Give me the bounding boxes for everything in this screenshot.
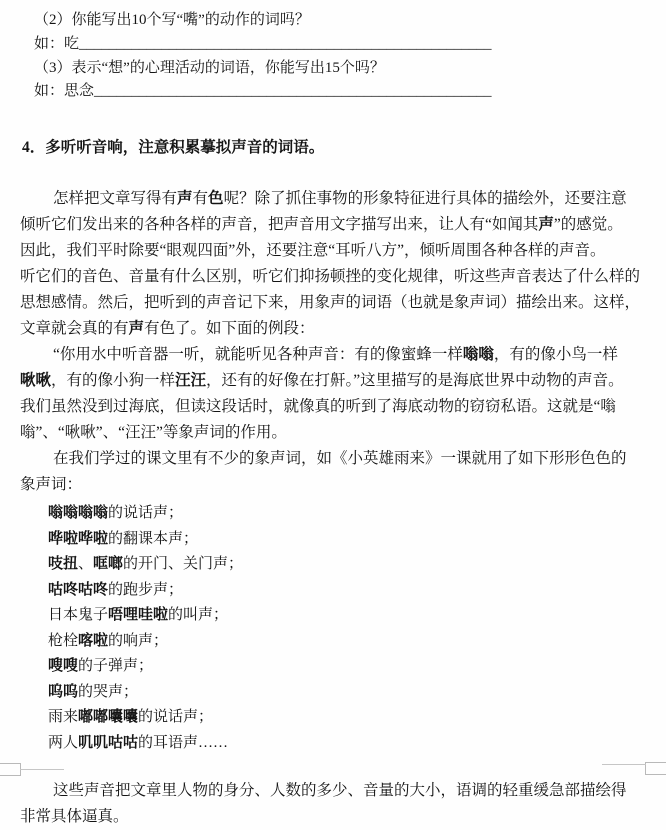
text-segment: 非常具体逼真。 (20, 808, 129, 825)
text-segment: ________________________________________… (94, 83, 492, 99)
bold-text-segment: 啾啾 (20, 372, 51, 389)
text-line: 两人叽叽咕咕的耳语声…… (48, 731, 666, 757)
text-segment: ，有的像小狗一样 (51, 372, 175, 389)
document-page: （2）你能写出10个写“嘴”的动作的词吗？如：吃________________… (0, 0, 666, 830)
bold-text-segment: 唔哩哇啦 (108, 607, 168, 623)
bold-text-segment: 嗡嗡 (463, 346, 494, 363)
bold-text-segment: 嘟嘟囔囔 (78, 709, 138, 725)
text-segment: 我们虽然没到过海底，但读这段话时，就像真的听到了海底动物的窃窃私语。这就是“嗡 (20, 398, 616, 415)
text-segment: 文章就会真的有 (20, 320, 129, 337)
text-line: 文章就会真的有声有色了。如下面的例段： (20, 316, 644, 342)
text-segment: 的说话声； (108, 505, 183, 521)
text-line: 日本鬼子唔哩哇啦的叫声； (48, 603, 666, 629)
text-segment: 枪栓 (48, 633, 78, 649)
text-segment: 思想感情。然后，把听到的声音记下来，用象声的词语（也就是象声词）描绘出来。这样， (20, 294, 640, 311)
text-segment: 听它们的音色、音量有什么区别，听它们抑扬顿挫的变化规律，听这些声音表达了什么样的 (20, 268, 640, 285)
text-segment: 的哭声； (78, 684, 138, 700)
paragraph-course-reference: 在我们学过的课文里有不少的象声词，如《小英雄雨来》一课就用了如下形形色色的象声词… (20, 446, 644, 498)
section-heading: 4．多听听音响，注意积累摹拟声音的词语。 (22, 136, 666, 160)
text-line: 雨来嘟嘟囔囔的说话声； (48, 705, 666, 731)
bold-text-segment: 叽叽咕咕 (78, 735, 138, 751)
text-line: 如：思念____________________________________… (34, 80, 666, 104)
text-segment: 的响声； (108, 633, 168, 649)
text-boundary-line-right (602, 764, 646, 765)
paragraph-closing: 这些声音把文章里人物的身分、人数的多少、音量的大小，语调的轻重缓急部描绘得非常具… (20, 778, 644, 830)
text-line: 在我们学过的课文里有不少的象声词，如《小英雄雨来》一课就用了如下形形色色的 (20, 446, 644, 472)
exercise-questions: （2）你能写出10个写“嘴”的动作的词吗？如：吃________________… (34, 0, 666, 104)
paragraph-example: “你用水中听音器一听，就能听见各种声音：有的像蜜蜂一样嗡嗡，有的像小鸟一样啾啾，… (20, 342, 644, 446)
text-segment: 在我们学过的课文里有不少的象声词，如《小英雄雨来》一课就用了如下形形色色的 (53, 450, 627, 467)
text-segment: 、 (78, 556, 93, 572)
text-segment: 的跑步声； (108, 582, 183, 598)
text-segment: 如：思念 (34, 83, 94, 99)
text-segment: 有色了。如下面的例段： (144, 320, 315, 337)
text-line: 听它们的音色、音量有什么区别，听它们抑扬顿挫的变化规律，听这些声音表达了什么样的 (20, 264, 644, 290)
text-segment: ________________________________________… (79, 36, 492, 52)
text-line: 如：吃_____________________________________… (34, 33, 666, 57)
text-line: 嗡”、“啾啾”、“汪汪”等象声词的作用。 (20, 420, 644, 446)
text-line: 吱扭、哐啷的开门、关门声； (48, 552, 666, 578)
text-line: 倾听它们发出来的各种各样的声音，把声音用文字描写出来，让人有“如闻其声”的感觉。 (20, 212, 644, 238)
bold-text-segment: 咕咚咕咚 (48, 582, 108, 598)
text-segment: 嗡”、“啾啾”、“汪汪”等象声词的作用。 (20, 424, 287, 441)
text-line: 呜呜的哭声； (48, 680, 666, 706)
bold-text-segment: 汪汪 (175, 372, 206, 389)
text-segment: 雨来 (48, 709, 78, 725)
text-segment: （2）你能写出10个写“嘴”的动作的词吗？ (34, 12, 310, 28)
text-segment: “你用水中听音器一听，就能听见各种声音：有的像蜜蜂一样 (53, 346, 463, 363)
bold-text-segment: 哐啷 (93, 556, 123, 572)
text-segment: 呢？除了抓住事物的形象特征进行具体的描绘外，还要注意 (224, 190, 627, 207)
text-boundary-mark-right (645, 762, 666, 775)
text-line: 嗡嗡嗡嗡的说话声； (48, 501, 666, 527)
text-segment: 有 (193, 190, 209, 207)
text-line: 哗啦哗啦的翻课本声； (48, 527, 666, 553)
text-segment: 的子弹声； (78, 658, 153, 674)
text-segment: 这些声音把文章里人物的身分、人数的多少、音量的大小，语调的轻重缓急部描绘得 (53, 782, 627, 799)
text-line: 枪栓喀啦的响声； (48, 629, 666, 655)
text-segment: ”的感觉。 (554, 216, 623, 233)
text-line: 啾啾，有的像小狗一样汪汪，还有的好像在打鼾。”这里描写的是海底世界中动物的声音。 (20, 368, 644, 394)
text-line: （3）表示“想”的心理活动的词语，你能写出15个吗？ (34, 57, 666, 81)
text-line: “你用水中听音器一听，就能听见各种声音：有的像蜜蜂一样嗡嗡，有的像小鸟一样 (20, 342, 644, 368)
text-segment: 的开门、关门声； (123, 556, 243, 572)
bold-text-segment: 嗖嗖 (48, 658, 78, 674)
text-segment: 的翻课本声； (108, 531, 198, 547)
bold-text-segment: 呜呜 (48, 684, 78, 700)
text-line: 这些声音把文章里人物的身分、人数的多少、音量的大小，语调的轻重缓急部描绘得 (20, 778, 644, 804)
text-boundary-mark-left (0, 763, 21, 776)
bold-text-segment: 声 (538, 216, 554, 233)
text-line: 咕咚咕咚的跑步声； (48, 578, 666, 604)
text-segment: ，有的像小鸟一样 (494, 346, 618, 363)
text-line: 象声词： (20, 472, 644, 498)
bold-text-segment: 嗡嗡嗡嗡 (48, 505, 108, 521)
text-segment: （3）表示“想”的心理活动的词语，你能写出15个吗？ (34, 60, 385, 76)
bold-text-segment: 吱扭 (48, 556, 78, 572)
paragraph-intro: 怎样把文章写得有声有色呢？除了抓住事物的形象特征进行具体的描绘外，还要注意倾听它… (20, 186, 644, 342)
text-segment: 的叫声； (168, 607, 228, 623)
bold-text-segment: 声 (129, 320, 145, 337)
text-line: 因此，我们平时除要“眼观四面”外，还要注意“耳听八方”，倾听周围各种各样的声音。 (20, 238, 644, 264)
text-segment: 的耳语声…… (138, 735, 228, 751)
text-line: 非常具体逼真。 (20, 804, 644, 830)
text-segment: 倾听它们发出来的各种各样的声音，把声音用文字描写出来，让人有“如闻其 (20, 216, 538, 233)
text-boundary-line-left (20, 769, 64, 770)
text-line: 嗖嗖的子弹声； (48, 654, 666, 680)
bold-text-segment: 哗啦哗啦 (48, 531, 108, 547)
bold-text-segment: 喀啦 (78, 633, 108, 649)
bold-text-segment: 色 (208, 190, 224, 207)
text-line: 思想感情。然后，把听到的声音记下来，用象声的词语（也就是象声词）描绘出来。这样， (20, 290, 644, 316)
bold-text-segment: 声 (177, 190, 193, 207)
text-segment: 象声词： (20, 476, 82, 493)
text-line: （2）你能写出10个写“嘴”的动作的词吗？ (34, 9, 666, 33)
text-segment: 两人 (48, 735, 78, 751)
text-segment: 如：吃 (34, 36, 79, 52)
onomatopoeia-list: 嗡嗡嗡嗡的说话声；哗啦哗啦的翻课本声；吱扭、哐啷的开门、关门声；咕咚咕咚的跑步声… (48, 501, 666, 756)
text-segment: 日本鬼子 (48, 607, 108, 623)
text-segment: ，还有的好像在打鼾。”这里描写的是海底世界中动物的声音。 (206, 372, 624, 389)
text-line: 我们虽然没到过海底，但读这段话时，就像真的听到了海底动物的窃窃私语。这就是“嗡 (20, 394, 644, 420)
text-segment: 的说话声； (138, 709, 213, 725)
text-line: 怎样把文章写得有声有色呢？除了抓住事物的形象特征进行具体的描绘外，还要注意 (20, 186, 644, 212)
text-segment: 因此，我们平时除要“眼观四面”外，还要注意“耳听八方”，倾听周围各种各样的声音。 (20, 242, 606, 259)
text-segment: 怎样把文章写得有 (53, 190, 177, 207)
